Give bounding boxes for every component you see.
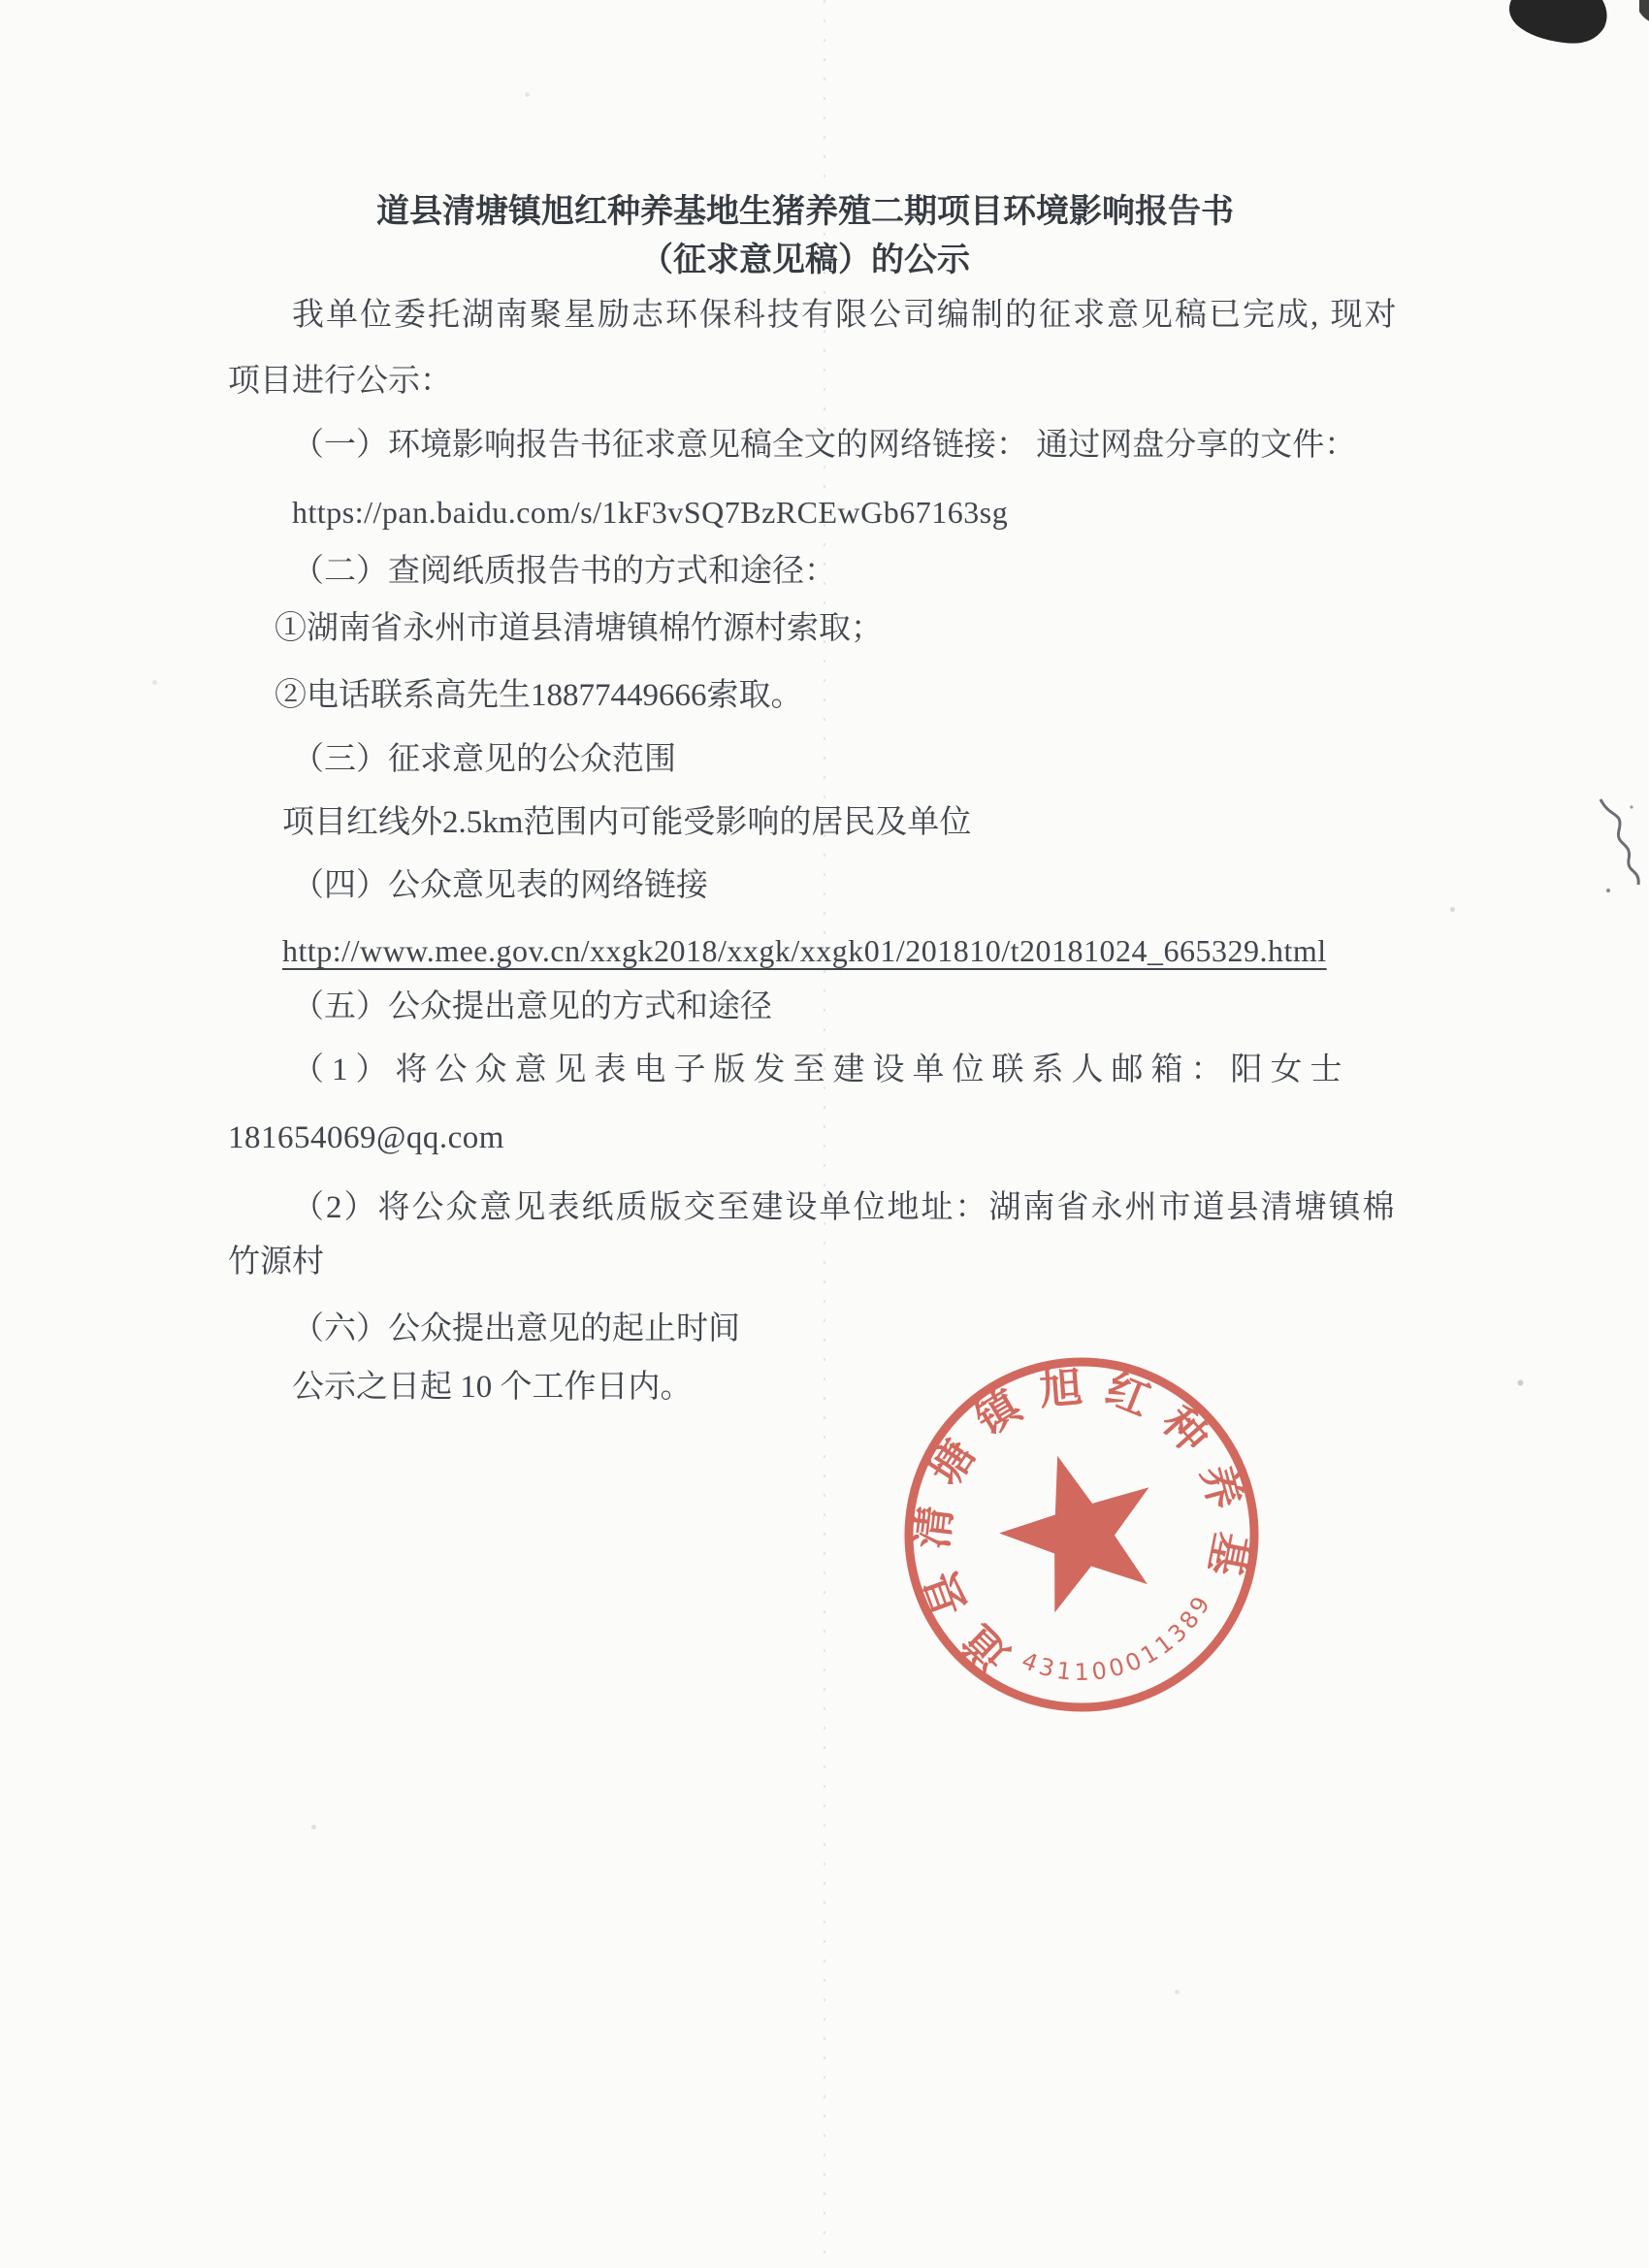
- section-3-heading: （三）征求意见的公众范围: [228, 737, 1448, 782]
- paper-speckles: [0, 0, 3, 3]
- section-5-heading: （五）公众提出意见的方式和途径: [228, 985, 1448, 1029]
- document-title-line1: 道县清塘镇旭红种养基地生猪养殖二期项目环境影响报告书: [228, 190, 1382, 235]
- ink-blot-artifact: [1494, 0, 1649, 68]
- section-5-item-1-line-1: （1）将公众意见表电子版发至建设单位联系人邮箱：阳女士: [228, 1048, 1448, 1092]
- intro-line-2: 项目进行公示：: [228, 359, 1384, 404]
- section-2-item-2: ②电话联系高先生18877449666索取。: [228, 673, 1431, 718]
- section-4-mee-link: http://www.mee.gov.cn/xxgk2018/xxgk/xxgk…: [228, 928, 1439, 973]
- section-2-item-1: ①湖南省永州市道县清塘镇棉竹源村索取；: [228, 606, 1431, 651]
- section-1-baidu-link: https://pan.baidu.com/s/1kF3vSQ7BzRCEwGb…: [228, 490, 1448, 535]
- section-5-item-2-line-1: （2）将公众意见表纸质版交至建设单位地址：湖南省永州市道县清塘镇棉: [228, 1185, 1448, 1230]
- section-2-heading: （二）查阅纸质报告书的方式和途径：: [228, 549, 1448, 594]
- scanned-document-page: 道县清塘镇旭红种养基地生猪养殖二期项目环境影响报告书 （征求意见稿）的公示 我单…: [0, 0, 1649, 2268]
- corner-mark-artifact: [1639, 0, 1649, 25]
- intro-line-1: 我单位委托湖南聚星励志环保科技有限公司编制的征求意见稿已完成, 现对: [228, 293, 1448, 338]
- section-4-heading: （四）公众意见表的网络链接: [228, 863, 1448, 908]
- section-5-item-2-line-2: 竹源村: [228, 1240, 1384, 1284]
- contact-email: 181654069@qq.com: [228, 1116, 1384, 1160]
- section-3-scope-text: 项目红线外2.5km范围内可能受影响的居民及单位: [228, 800, 1439, 845]
- company-seal: 道县清塘镇旭红种养基地 4311000113899: [888, 1341, 1276, 1729]
- scratch-artifact: [1589, 794, 1649, 900]
- section-1-heading: （一）环境影响报告书征求意见稿全文的网络链接： 通过网盘分享的文件：: [228, 423, 1448, 468]
- document-title-line2: （征求意见稿）的公示: [228, 239, 1382, 283]
- seal-star-icon: [983, 1433, 1177, 1621]
